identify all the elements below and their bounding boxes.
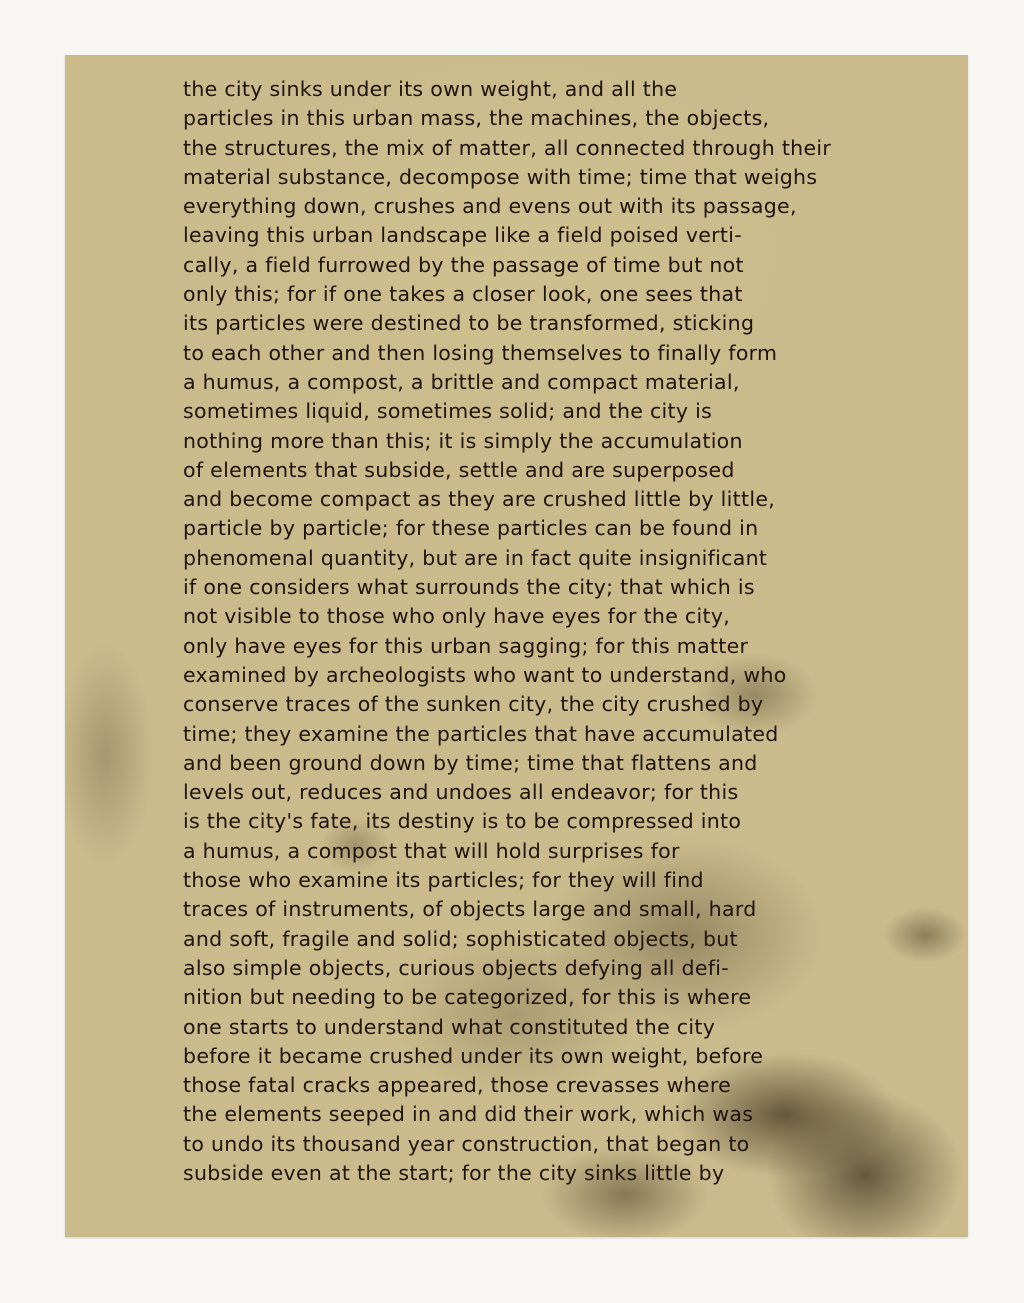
text-line: subside even at the start; for the city … (183, 1159, 873, 1188)
text-line: cally, a field furrowed by the passage o… (183, 251, 873, 280)
text-line: its particles were destined to be transf… (183, 309, 873, 338)
text-line: not visible to those who only have eyes … (183, 602, 873, 631)
text-line: particle by particle; for these particle… (183, 514, 873, 543)
text-line: nition but needing to be categorized, fo… (183, 983, 873, 1012)
text-line: material substance, decompose with time;… (183, 163, 873, 192)
text-line: and become compact as they are crushed l… (183, 485, 873, 514)
text-line: to undo its thousand year construction, … (183, 1130, 873, 1159)
text-line: the elements seeped in and did their wor… (183, 1100, 873, 1129)
text-line: nothing more than this; it is simply the… (183, 427, 873, 456)
text-line: of elements that subside, settle and are… (183, 456, 873, 485)
text-line: traces of instruments, of objects large … (183, 895, 873, 924)
text-line: examined by archeologists who want to un… (183, 661, 873, 690)
text-line: leaving this urban landscape like a fiel… (183, 221, 873, 250)
text-line: before it became crushed under its own w… (183, 1042, 873, 1071)
text-line: is the city's fate, its destiny is to be… (183, 807, 873, 836)
text-line: to each other and then losing themselves… (183, 339, 873, 368)
text-line: levels out, reduces and undoes all endea… (183, 778, 873, 807)
text-line: particles in this urban mass, the machin… (183, 104, 873, 133)
text-line: the structures, the mix of matter, all c… (183, 134, 873, 163)
text-line: a humus, a compost, a brittle and compac… (183, 368, 873, 397)
text-line: only have eyes for this urban sagging; f… (183, 632, 873, 661)
text-line: also simple objects, curious objects def… (183, 954, 873, 983)
text-line: those fatal cracks appeared, those creva… (183, 1071, 873, 1100)
text-line: sometimes liquid, sometimes solid; and t… (183, 397, 873, 426)
text-line: one starts to understand what constitute… (183, 1013, 873, 1042)
handwritten-paper-sheet: the city sinks under its own weight, and… (65, 55, 968, 1237)
text-line: conserve traces of the sunken city, the … (183, 690, 873, 719)
text-line: if one considers what surrounds the city… (183, 573, 873, 602)
text-line: a humus, a compost that will hold surpri… (183, 837, 873, 866)
text-line: only this; for if one takes a closer loo… (183, 280, 873, 309)
text-line: and soft, fragile and solid; sophisticat… (183, 925, 873, 954)
text-line: the city sinks under its own weight, and… (183, 75, 873, 104)
text-line: and been ground down by time; time that … (183, 749, 873, 778)
text-line: those who examine its particles; for the… (183, 866, 873, 895)
text-line: time; they examine the particles that ha… (183, 720, 873, 749)
text-line: everything down, crushes and evens out w… (183, 192, 873, 221)
text-line: phenomenal quantity, but are in fact qui… (183, 544, 873, 573)
handwritten-text-block: the city sinks under its own weight, and… (183, 75, 873, 1188)
